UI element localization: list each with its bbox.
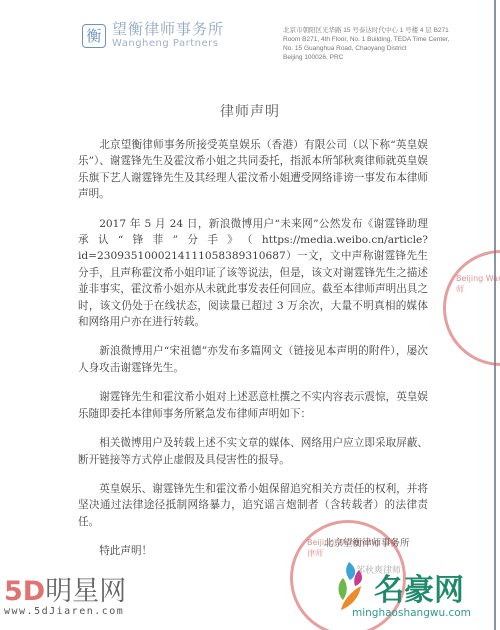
signature-firm: 北京望衡律师事务所 xyxy=(324,535,410,549)
stamp-text: Beijing Wangheng 望衡律师 xyxy=(456,273,500,295)
address-line: No. 15 Guanghua Road, Chaoyang District xyxy=(283,44,449,53)
paragraph: 相关微博用户及转载上述不实文章的媒体、网络用户应立即采取屏蔽、断开链接等方式停止… xyxy=(78,435,428,468)
address-line: Room B271, 4th Floor, No. 1 Building, TE… xyxy=(283,35,449,44)
firm-logo: 衡 望衡律师事务所 Wangheng Partners xyxy=(82,22,224,49)
document-title: 律师声明 xyxy=(0,101,500,121)
seal-stamp-icon: Beijing Wangheng 望衡律师 xyxy=(443,250,500,366)
watermark-5d-number: 5D xyxy=(4,576,45,607)
watermark-minghao-url: minghaoshangwu.com xyxy=(352,607,471,619)
paragraph: 2017 年 5 月 24 日，新浪微博用户“未来网”公然发布《谢霆锋助理承认“… xyxy=(78,216,428,331)
paragraph: 英皇娱乐、谢霆锋先生和霍汶希小姐保留追究相关方责任的权利，并将坚决通过法律途径抵… xyxy=(78,481,428,530)
firm-address: 北京市朝阳区光华路 15 号泰达时代中心 1 号楼 4 层 B271 Room … xyxy=(283,26,449,62)
document-body: 北京望衡律师事务所接受英皇娱乐（香港）有限公司（以下称“英皇娱乐”）、谢霆锋先生… xyxy=(78,137,428,573)
firm-logo-icon: 衡 xyxy=(82,24,106,48)
watermark-5d-name: 明星网 xyxy=(45,576,126,607)
watermark-5d-url: www.5dJiaren.com xyxy=(4,606,126,617)
paragraph: 新浪微博用户“宋祖德”亦发布多篇网文（链接见本声明的附件），屡次人身攻击谢霆锋先… xyxy=(78,343,428,376)
firm-name-en: Wangheng Partners xyxy=(112,39,224,49)
address-line: 北京市朝阳区光华路 15 号泰达时代中心 1 号楼 4 层 B271 xyxy=(283,26,449,35)
watermark-minghao-name: 名豪网 xyxy=(374,575,471,607)
watermark-minghao: 名豪网 minghaoshangwu.com xyxy=(330,575,471,619)
paragraph: 谢霆锋先生和霍汶希小姐对上述恶意杜撰之不实内容表示震惊，英皇娱乐随即委托本律师事… xyxy=(78,389,428,422)
firm-name-cn: 望衡律师事务所 xyxy=(112,22,224,37)
paragraph: 北京望衡律师事务所接受英皇娱乐（香港）有限公司（以下称“英皇娱乐”）、谢霆锋先生… xyxy=(78,137,428,203)
address-line: Beijing 100026, PRC xyxy=(283,53,449,62)
watermark-5d: 5D明星网 www.5dJiaren.com xyxy=(4,578,126,617)
